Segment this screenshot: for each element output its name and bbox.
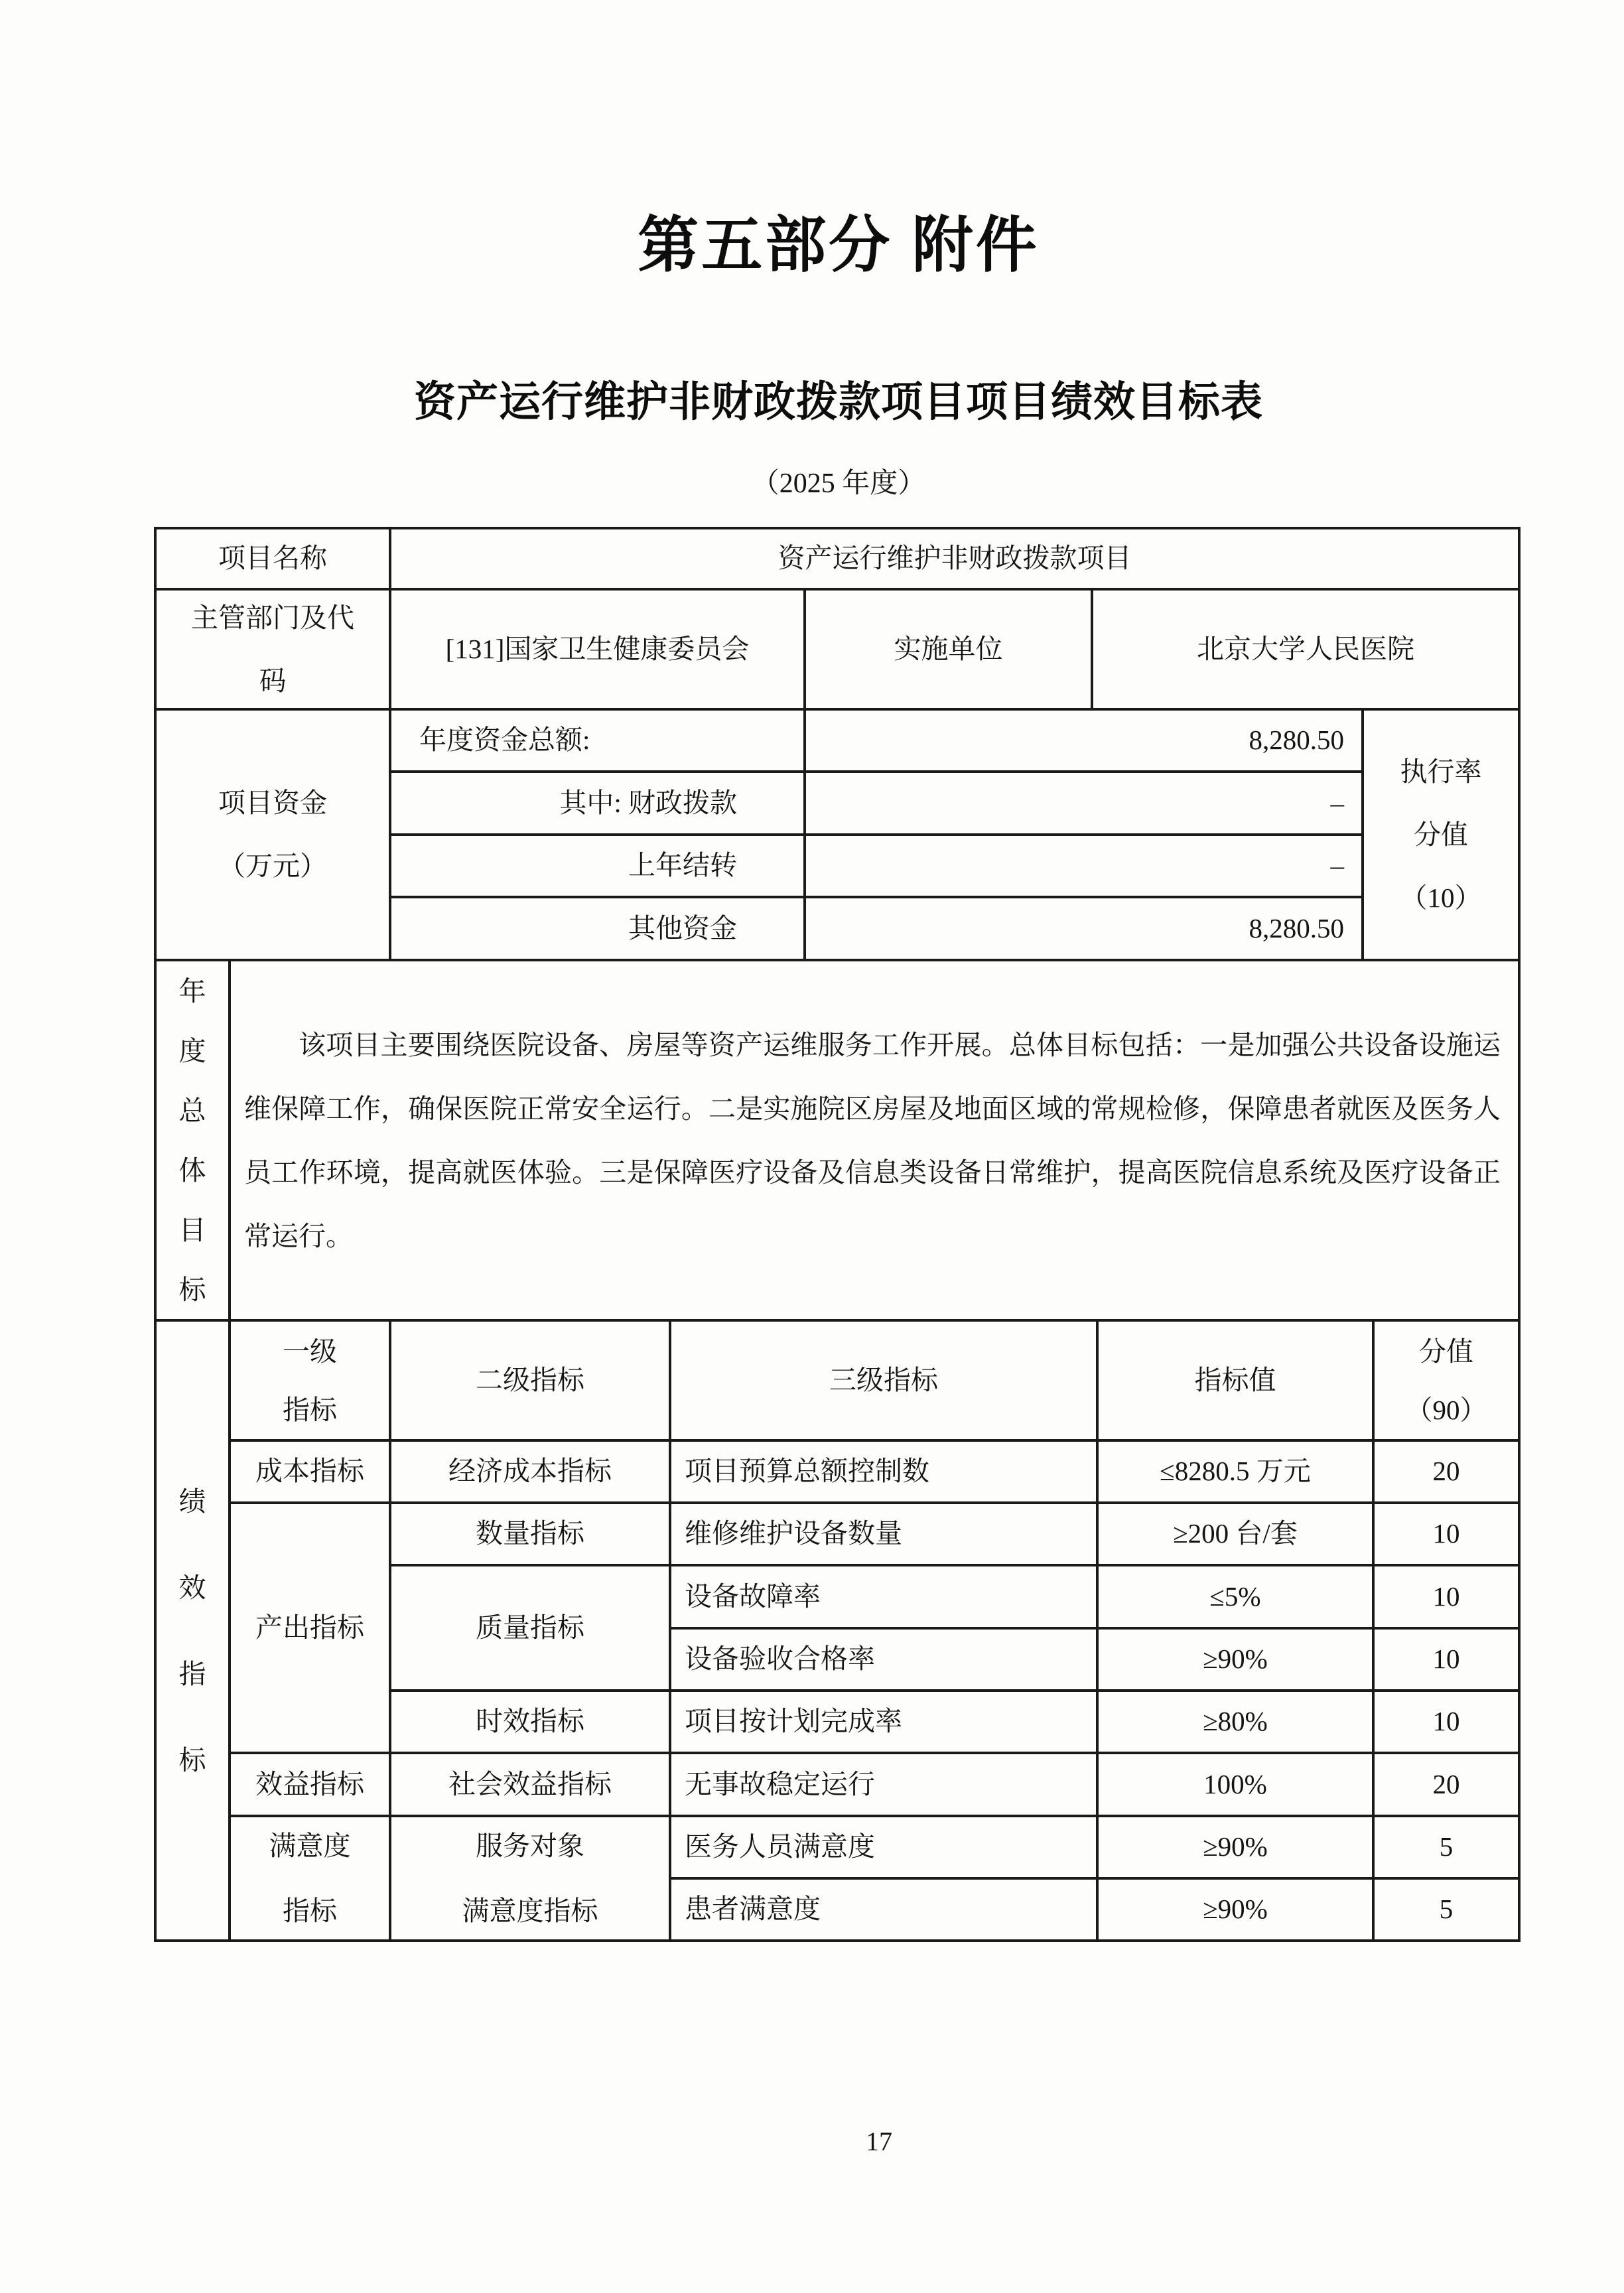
indicator-l3: 设备故障率 [671, 1566, 1099, 1630]
indicator-value: ≤8280.5 万元 [1099, 1442, 1375, 1504]
indicator-l2: 时效指标 [391, 1692, 671, 1754]
indicator-l3: 项目按计划完成率 [671, 1692, 1099, 1754]
funding-row-label: 其他资金 [391, 898, 806, 961]
indicator-l2: 质量指标 [391, 1566, 671, 1692]
dept-label: 主管部门及代 码 [157, 591, 391, 711]
indicator-score: 10 [1375, 1504, 1521, 1566]
indicator-value: ≥90% [1099, 1817, 1375, 1880]
header-level2: 二级指标 [391, 1322, 671, 1442]
indicator-l2: 社会效益指标 [391, 1754, 671, 1817]
header-score: 分值 （90） [1375, 1322, 1521, 1442]
funding-row-value: 8,280.50 [806, 898, 1364, 961]
indicator-l2: 数量指标 [391, 1504, 671, 1566]
annual-goal-side-label: 年 度 总 体 目 标 [157, 961, 231, 1322]
indicator-score: 20 [1375, 1442, 1521, 1504]
header-level1: 一级 指标 [231, 1322, 391, 1442]
indicator-score: 10 [1375, 1566, 1521, 1630]
funding-row-label: 年度资金总额: [391, 711, 806, 773]
annual-goal-cell: 该项目主要围绕医院设备、房屋等资产运维服务工作开展。总体目标包括：一是加强公共设… [231, 961, 1521, 1322]
indicators-side-label: 绩 效 指 标 [157, 1322, 231, 1942]
indicator-score: 10 [1375, 1692, 1521, 1754]
indicator-value: 100% [1099, 1754, 1375, 1817]
indicator-value: ≥90% [1099, 1880, 1375, 1942]
indicator-score: 5 [1375, 1817, 1521, 1880]
indicator-l3: 设备验收合格率 [671, 1630, 1099, 1692]
funding-row-label: 上年结转 [391, 836, 806, 898]
indicator-l1: 满意度 指标 [231, 1817, 391, 1942]
indicator-l2: 服务对象 满意度指标 [391, 1817, 671, 1942]
performance-target-table: 项目名称 资产运行维护非财政拨款项目 主管部门及代 码 [131]国家卫生健康委… [154, 527, 1521, 1942]
indicator-l3: 患者满意度 [671, 1880, 1099, 1942]
funding-row-label: 其中: 财政拨款 [391, 773, 806, 836]
section-title: 第五部分 附件 [157, 211, 1521, 281]
indicator-l3: 项目预算总额控制数 [671, 1442, 1099, 1504]
funding-side-label: 项目资金 （万元） [157, 711, 391, 961]
page-number: 17 [851, 2126, 907, 2157]
impl-unit-label: 实施单位 [806, 591, 1093, 711]
indicator-score: 10 [1375, 1630, 1521, 1692]
indicator-l3: 医务人员满意度 [671, 1817, 1099, 1880]
indicator-l3: 无事故稳定运行 [671, 1754, 1099, 1817]
doc-title: 资产运行维护非财政拨款项目项目绩效目标表 [157, 378, 1521, 426]
project-name-label: 项目名称 [157, 529, 391, 591]
indicator-score: 5 [1375, 1880, 1521, 1942]
indicator-value: ≥200 台/套 [1099, 1504, 1375, 1566]
indicator-l1: 效益指标 [231, 1754, 391, 1817]
execution-rate-score-label: 执行率 分值 （10） [1364, 711, 1521, 961]
header-level3: 三级指标 [671, 1322, 1099, 1442]
indicator-score: 20 [1375, 1754, 1521, 1817]
indicator-l3: 维修维护设备数量 [671, 1504, 1099, 1566]
impl-unit-value: 北京大学人民医院 [1093, 591, 1521, 711]
indicator-l2: 经济成本指标 [391, 1442, 671, 1504]
project-name-value: 资产运行维护非财政拨款项目 [391, 529, 1521, 591]
funding-row-value: – [806, 773, 1364, 836]
indicator-value: ≤5% [1099, 1566, 1375, 1630]
doc-subtitle: （2025 年度） [157, 467, 1521, 500]
annual-goal-text: 该项目主要围绕医院设备、房屋等资产运维服务工作开展。总体目标包括：一是加强公共设… [231, 1013, 1518, 1268]
funding-row-value: 8,280.50 [806, 711, 1364, 773]
funding-row-value: – [806, 836, 1364, 898]
indicator-value: ≥90% [1099, 1630, 1375, 1692]
indicator-value: ≥80% [1099, 1692, 1375, 1754]
indicator-l1: 产出指标 [231, 1504, 391, 1754]
header-target-value: 指标值 [1099, 1322, 1375, 1442]
dept-value: [131]国家卫生健康委员会 [391, 591, 806, 711]
indicator-l1: 成本指标 [231, 1442, 391, 1504]
